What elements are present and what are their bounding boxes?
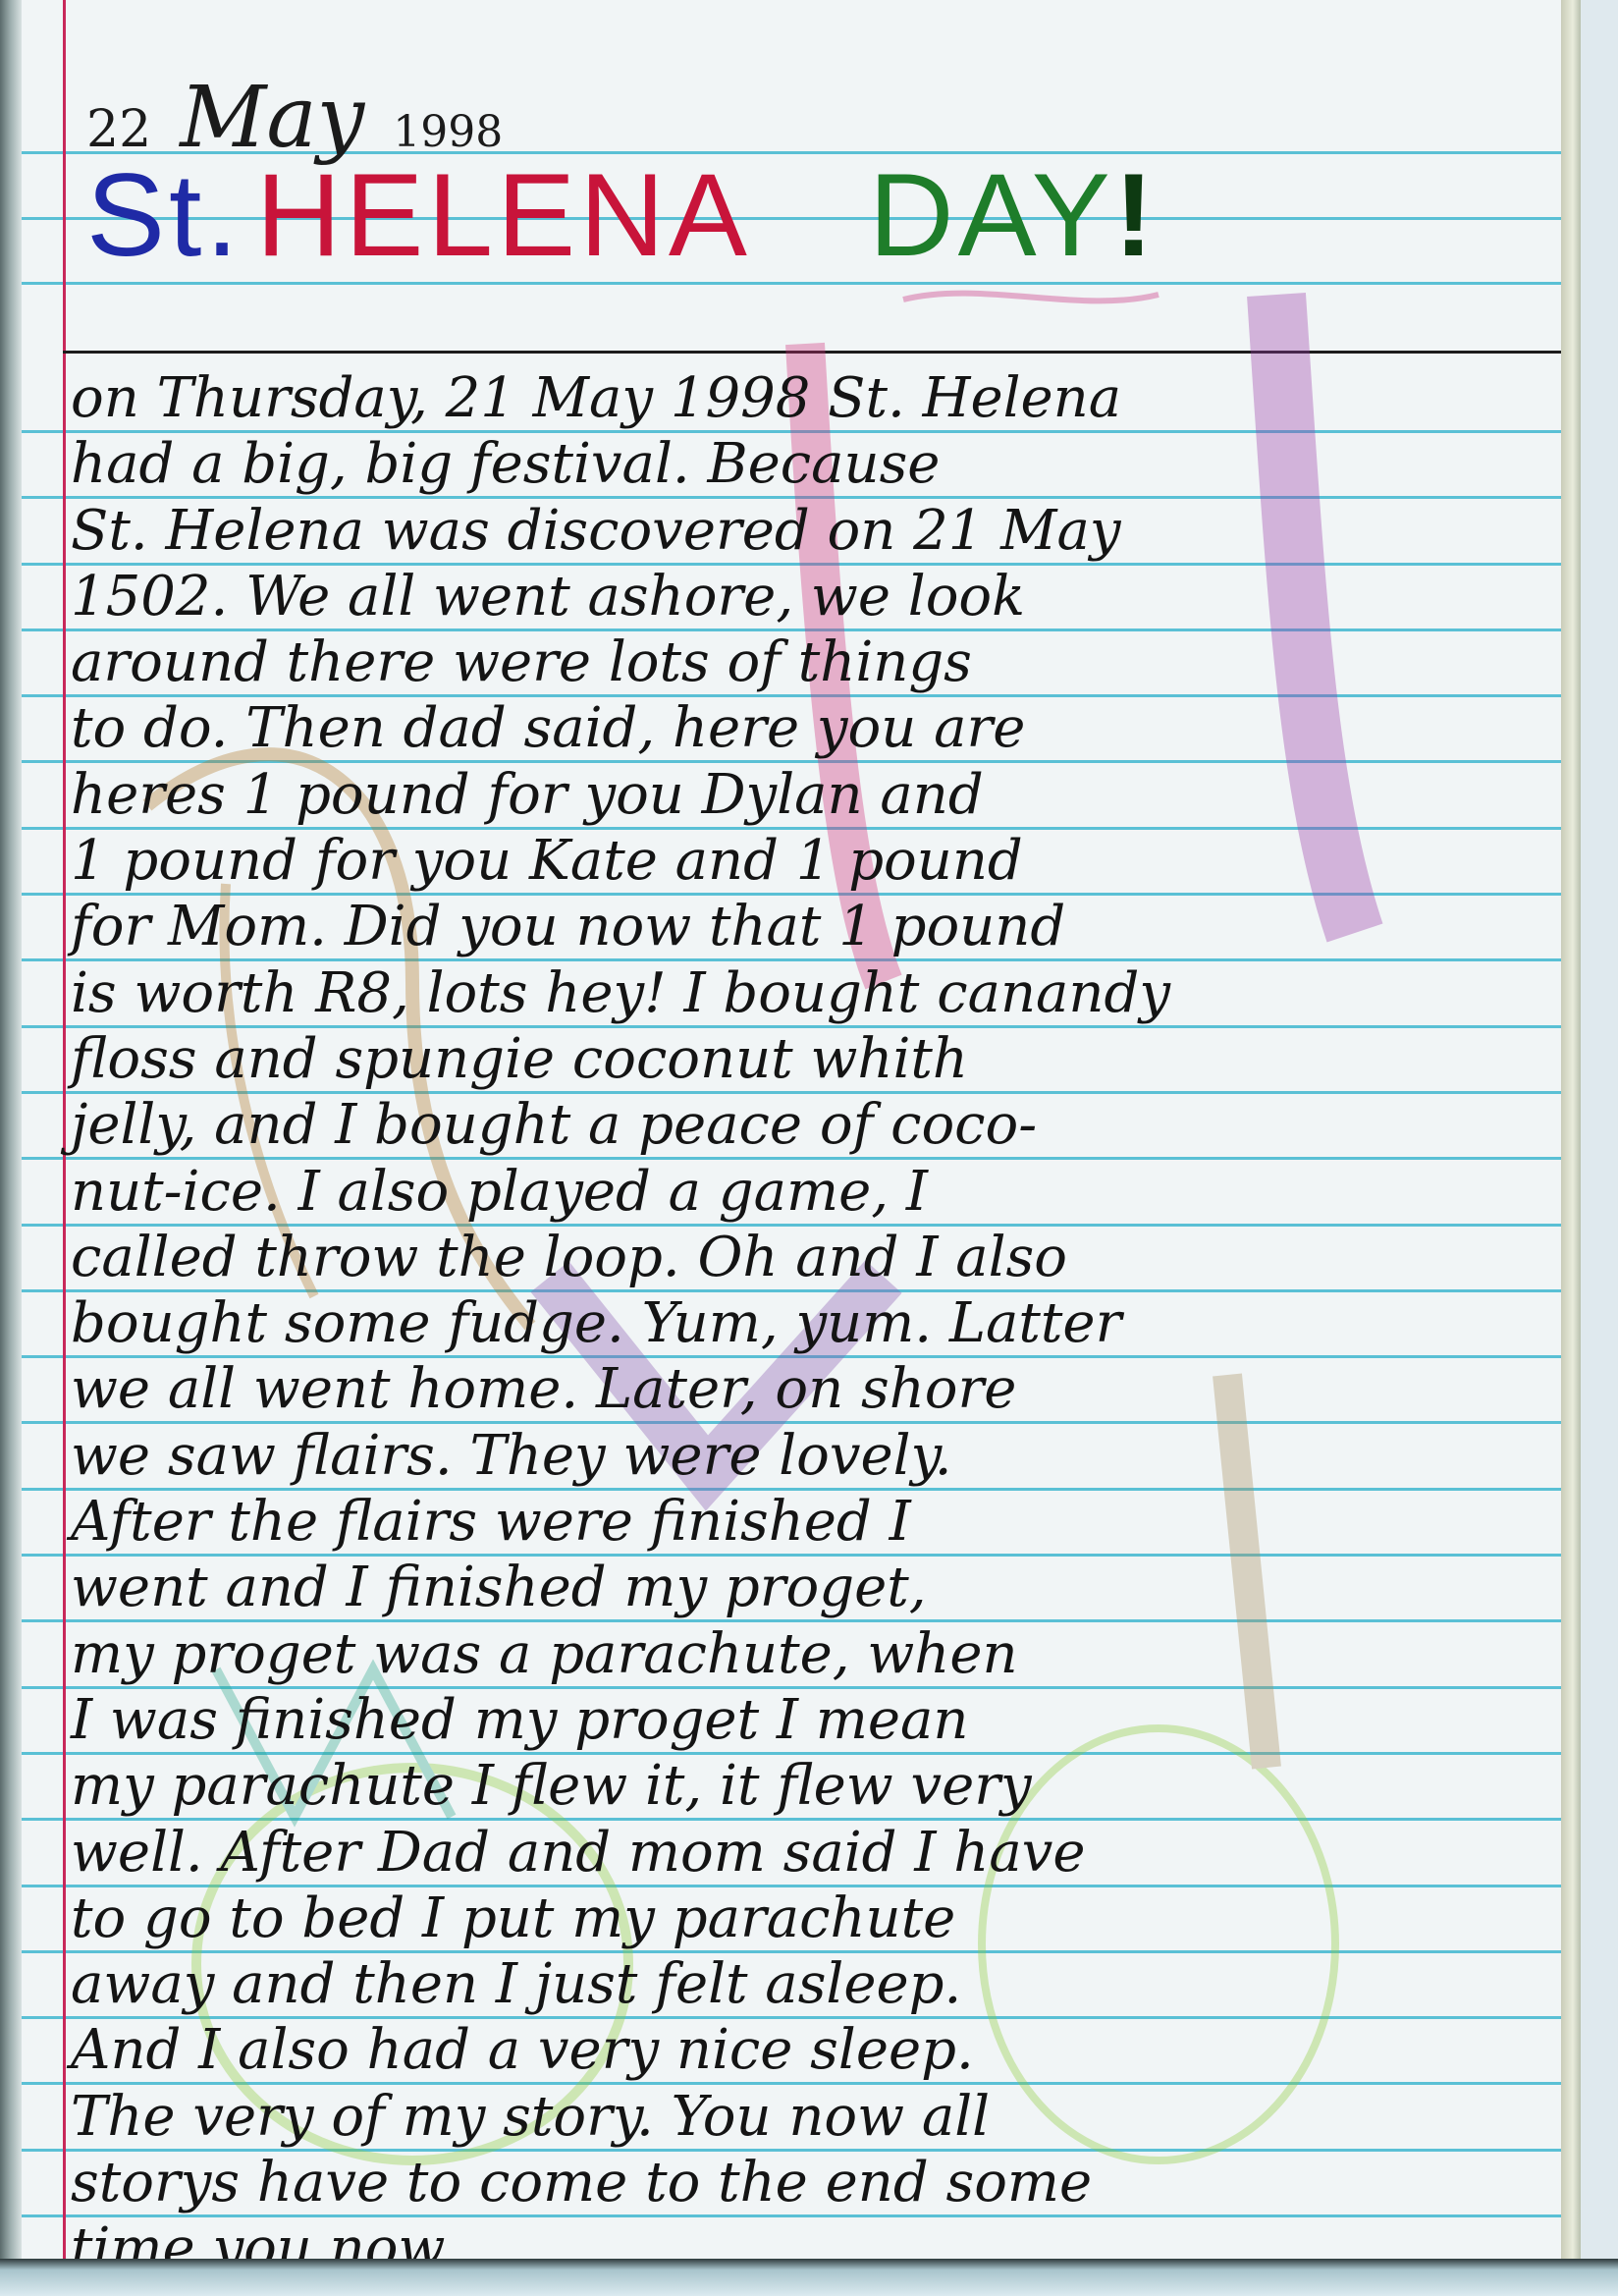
notebook-binding	[0, 0, 22, 2296]
text-line: nut-ice. I also played a game, I	[71, 1159, 1553, 1225]
text-line: went and I finished my proget,	[71, 1555, 1553, 1620]
page-edge	[1561, 0, 1581, 2259]
text-line: we saw flairs. They were lovely.	[71, 1423, 1553, 1489]
text-line: I was finished my proget I mean	[71, 1687, 1553, 1753]
entry-body: on Thursday, 21 May 1998 St. Helena had …	[71, 365, 1553, 2259]
title-st: St	[86, 147, 205, 283]
notebook-page: 22 May 1998 St.HELENADAY! on Thursday, 2…	[0, 0, 1561, 2259]
text-line: away and then I just felt asleep.	[71, 1951, 1553, 2017]
text-line: After the flairs were finished I	[71, 1489, 1553, 1555]
text-line: we all went home. Later, on shore	[71, 1356, 1553, 1422]
text-line: heres 1 pound for you Dylan and	[71, 762, 1553, 828]
text-line: time you now.	[71, 2215, 1553, 2259]
heading-divider	[63, 351, 1561, 354]
page-bottom-edge	[0, 2259, 1618, 2296]
text-line: floss and spungie coconut whith	[71, 1026, 1553, 1092]
text-line: called throw the loop. Oh and I also	[71, 1225, 1553, 1290]
title-helena: HELENA	[256, 147, 751, 283]
text-line: bought some fudge. Yum, yum. Latter	[71, 1290, 1553, 1356]
entry-date: 22 May 1998	[86, 69, 503, 157]
text-line: And I also had a very nice sleep.	[71, 2017, 1553, 2083]
text-line: to do. Then dad said, here you are	[71, 695, 1553, 761]
text-line: to go to bed I put my parachute	[71, 1886, 1553, 1951]
text-line: St. Helena was discovered on 21 May	[71, 498, 1553, 564]
text-line: my parachute I flew it, it flew very	[71, 1753, 1553, 1819]
title-day: DAY	[869, 147, 1114, 283]
title-dot: .	[205, 147, 242, 283]
text-line: around there were lots of things	[71, 629, 1553, 695]
text-line: is worth R8, lots hey! I bought canandy	[71, 960, 1553, 1026]
text-line: for Mom. Did you now that 1 pound	[71, 894, 1553, 959]
text-line: had a big, big festival. Because	[71, 431, 1553, 497]
text-line: 1 pound for you Kate and 1 pound	[71, 828, 1553, 894]
title-exclamation: !	[1114, 147, 1158, 283]
entry-title: St.HELENADAY!	[86, 147, 1158, 295]
margin-line	[63, 0, 66, 2259]
text-line: my proget was a parachute, when	[71, 1621, 1553, 1687]
text-line: 1502. We all went ashore, we look	[71, 564, 1553, 629]
text-line: on Thursday, 21 May 1998 St. Helena	[71, 365, 1553, 431]
text-line: well. After Dad and mom said I have	[71, 1820, 1553, 1886]
text-line: jelly, and I bought a peace of coco-	[71, 1092, 1553, 1158]
text-line: storys have to come to the end some	[71, 2150, 1553, 2215]
text-line: The very of my story. You now all	[71, 2084, 1553, 2150]
